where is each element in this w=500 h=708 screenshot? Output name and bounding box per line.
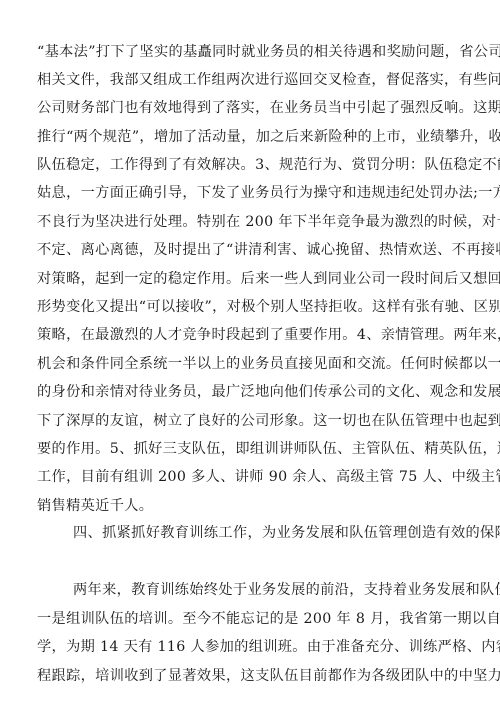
text-line: 的身份和亲情对待业务员，最广泛地向他们传承公司的文化、观念和发展前景，结 [37,382,461,402]
document-page: “基本法”打下了坚实的基矗同时就业务员的相关待遇和奖励问题，省公司连发了 相关文… [0,0,500,708]
text-line: 要的作用。5、抓好三支队伍，即组训讲师队伍、主管队伍、精英队伍，通过有效的 [37,439,461,459]
text-line: 姑息，一方面正确引导，下发了业务员行为操守和违规违纪处罚办法;一方面又对于 [37,183,461,203]
text-line: 不良行为坚决进行处理。特别在 200 年下半年竞争最为激烈的时候，对一些人摇摆 [37,212,461,232]
text-line: 推行“两个规范”，增加了活动量，加之后来新险种的上市，业绩攀升，收入增加， [37,127,461,147]
text-line: 队伍稳定，工作得到了有效解决。3、规范行为、赏罚分明：队伍稳定不能一味迁就 [37,155,461,175]
text-line: 公司财务部门也有效地得到了落实，在业务员当中引起了强烈反响。这期间还借助 [37,98,461,118]
text-line: 一是组训队伍的培训。至今不能忘记的是 200 年 8 月，我省第一期以自己的力量… [37,609,461,629]
text-line: 下了深厚的友谊，树立了良好的公司形象。这一切也在队伍管理中也起到了十分重 [37,411,461,431]
text-line: 不定、离心离德，及时提出了“讲清利害、诚心挽留、热情欢送、不再接收”的应 [37,240,461,260]
text-line: “基本法”打下了坚实的基矗同时就业务员的相关待遇和奖励问题，省公司连发了 [37,42,461,62]
text-line: 程跟踪，培训收到了显著效果，这支队伍目前都作为各级团队中的中坚力量，在支 [37,666,461,686]
text-line: 策略，在最激烈的人才竞争时段起到了重要作用。4、亲情管理。两年来，利用各种 [37,325,461,345]
section-heading: 四、抓紧抓好教育训练工作，为业务发展和队伍管理创造有效的保障体系。 [73,523,500,543]
text-line: 工作，目前有组训 200 多人、讲师 90 余人、高级主管 75 人、中级主管 … [37,467,461,487]
text-line: 销售精英近千人。 [37,496,461,516]
text-line: 学，为期 14 天有 116 人参加的组训班。由于准备充分、训练严格、内容充实、… [37,637,461,657]
text-line: 相关文件，我部又组成工作组两次进行巡回交叉检查，督促落实，有些问题会同省 [37,70,461,90]
text-line: 机会和条件同全系统一半以上的业务员直接见面和交流。任何时候都以一个兄弟般 [37,354,461,374]
text-line: 形势变化又提出“可以接收”，对极个别人坚持拒收。这样有张有驰、区别对待的 [37,297,461,317]
text-line: 两年来，教育训练始终处于业务发展的前沿，支持着业务发展和队伍管理。 [73,580,461,600]
text-line: 对策略，起到一定的稳定作用。后来一些人到同业公司一段时间后又想回来，根据 [37,269,461,289]
